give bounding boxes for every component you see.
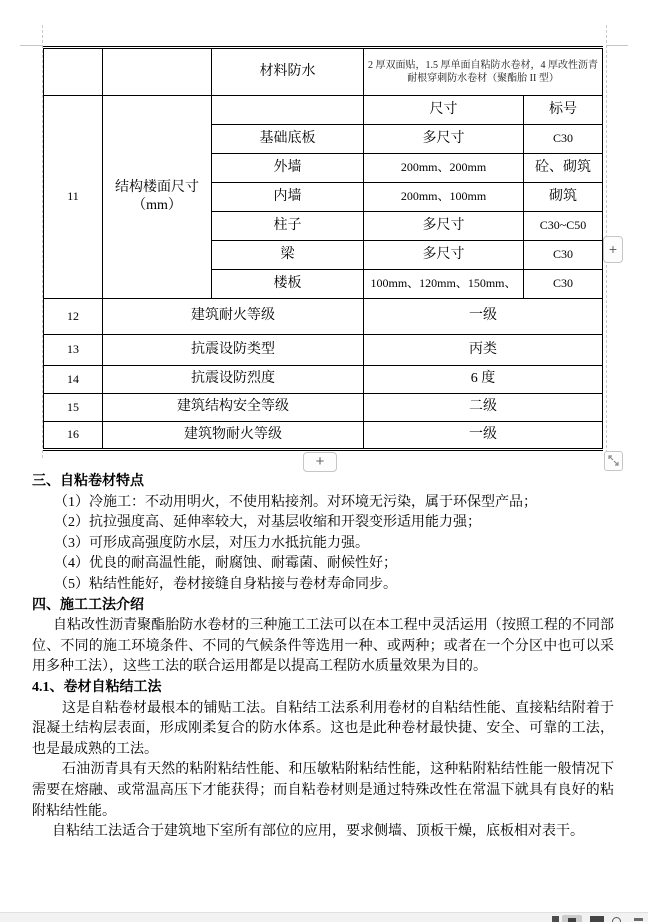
cell-grade: C30~C50 bbox=[524, 212, 603, 241]
group-label-line1: 结构楼面尺寸 bbox=[115, 180, 199, 195]
cell-item-value: 二级 bbox=[364, 394, 603, 422]
paragraph: 自粘结工法适合于建筑地下室所有部位的应用，要求侧墙、顶板干燥，底板相对表干。 bbox=[32, 822, 614, 843]
table-row: 12 建筑耐火等级 一级 bbox=[44, 299, 603, 335]
cell-item-label: 建筑耐火等级 bbox=[103, 299, 364, 335]
cell-item-value: 一级 bbox=[364, 299, 603, 335]
table-row: 16 建筑物耐火等级 一级 bbox=[44, 422, 603, 450]
cell-row-number: 16 bbox=[44, 422, 103, 450]
cell-empty bbox=[212, 96, 364, 125]
cell-item-label: 抗震设防烈度 bbox=[103, 366, 364, 394]
cell-size: 100mm、120mm、150mm、 bbox=[364, 270, 524, 299]
cell-item-label: 建筑物耐火等级 bbox=[103, 422, 364, 450]
paragraph: 这是自粘卷材最根本的铺贴工法。自粘结工法系利用卷材的自粘结性能、直接粘结附着于混… bbox=[32, 699, 614, 761]
cell-part: 内墙 bbox=[212, 183, 364, 212]
cell-material-value: 2 厚双面贴，1.5 厚单面自粘防水卷材，4 厚改性沥青耐根穿刺防水卷材（聚酯胎… bbox=[364, 48, 603, 96]
cell-row-number: 11 bbox=[44, 96, 103, 299]
cell-grade: 砌筑 bbox=[524, 183, 603, 212]
list-item: （1）冷施工：不动用明火，不使用粘接剂。对环境无污染，属于环保型产品； bbox=[32, 493, 614, 514]
table-row: 14 抗震设防烈度 6 度 bbox=[44, 366, 603, 394]
cell-item-value: 6 度 bbox=[364, 366, 603, 394]
cell-empty bbox=[103, 48, 212, 96]
paragraph: 自粘改性沥青聚酯胎防水卷材的三种施工工法可以在本工程中灵活运用（按照工程的不同部… bbox=[32, 616, 614, 678]
expand-diagonal-arrows-icon bbox=[605, 454, 622, 467]
expand-table-button[interactable] bbox=[604, 451, 623, 471]
cell-part: 基础底板 bbox=[212, 125, 364, 154]
group-label-line2: （mm） bbox=[132, 198, 182, 213]
cell-row-number: 12 bbox=[44, 299, 103, 335]
cell-part: 梁 bbox=[212, 241, 364, 270]
table-row: 13 抗震设防类型 丙类 bbox=[44, 335, 603, 366]
bookmark-icon[interactable] bbox=[552, 916, 559, 922]
margin-mark-top-left bbox=[20, 45, 42, 46]
cell-size: 200mm、200mm bbox=[364, 154, 524, 183]
document-body: 三、自粘卷材特点 （1）冷施工：不动用明火，不使用粘接剂。对环境无污染，属于环保… bbox=[32, 472, 614, 843]
print-layout-view-icon[interactable] bbox=[562, 915, 582, 922]
cell-grade: C30 bbox=[524, 241, 603, 270]
cell-grade: C30 bbox=[524, 125, 603, 154]
cell-item-value: 一级 bbox=[364, 422, 603, 450]
status-bar bbox=[0, 912, 648, 922]
cell-row-number: 13 bbox=[44, 335, 103, 366]
section-heading: 三、自粘卷材特点 bbox=[32, 472, 614, 493]
zoom-control-icon[interactable] bbox=[634, 918, 643, 921]
print-layout-glyph bbox=[568, 918, 576, 922]
table-row: 材料防水 2 厚双面贴，1.5 厚单面自粘防水卷材，4 厚改性沥青耐根穿刺防水卷… bbox=[44, 48, 603, 96]
list-item: （2）抗拉强度高、延伸率较大，对基层收缩和开裂变形适用能力强； bbox=[32, 513, 614, 534]
cell-size: 多尺寸 bbox=[364, 125, 524, 154]
margin-mark-top-right bbox=[606, 45, 628, 46]
table-row: 11 结构楼面尺寸 （mm） 尺寸 标号 bbox=[44, 96, 603, 125]
cell-size: 200mm、100mm bbox=[364, 183, 524, 212]
document-page: 材料防水 2 厚双面贴，1.5 厚单面自粘防水卷材，4 厚改性沥青耐根穿刺防水卷… bbox=[0, 0, 648, 922]
cell-size: 多尺寸 bbox=[364, 241, 524, 270]
cell-part: 外墙 bbox=[212, 154, 364, 183]
cell-group-label: 结构楼面尺寸 （mm） bbox=[103, 96, 212, 299]
cell-part: 楼板 bbox=[212, 270, 364, 299]
web-layout-view-icon[interactable] bbox=[590, 916, 604, 922]
cell-size: 多尺寸 bbox=[364, 212, 524, 241]
section-heading: 4.1、卷材自粘结工法 bbox=[32, 678, 614, 699]
cell-item-label: 抗震设防类型 bbox=[103, 335, 364, 366]
list-item: （3）可形成高强度防水层，对压力水抵抗能力强。 bbox=[32, 534, 614, 555]
list-item: （5）粘结性能好，卷材接缝自身粘接与卷材寿命同步。 bbox=[32, 575, 614, 596]
table-row: 15 建筑结构安全等级 二级 bbox=[44, 394, 603, 422]
paragraph: 石油沥青具有天然的粘附粘结性能、和压敏粘附粘结性能，这种粘附粘结性能一般情况下需… bbox=[32, 760, 614, 822]
section-heading: 四、施工工法介绍 bbox=[32, 596, 614, 617]
cell-header-size: 尺寸 bbox=[364, 96, 524, 125]
cell-grade: 砼、砌筑 bbox=[524, 154, 603, 183]
cell-empty bbox=[44, 48, 103, 96]
cell-item-value: 丙类 bbox=[364, 335, 603, 366]
cell-item-label: 建筑结构安全等级 bbox=[103, 394, 364, 422]
list-item: （4）优良的耐高温性能，耐腐蚀、耐霉菌、耐候性好； bbox=[32, 554, 614, 575]
cell-row-number: 14 bbox=[44, 366, 103, 394]
cell-header-grade: 标号 bbox=[524, 96, 603, 125]
cell-material-label: 材料防水 bbox=[212, 48, 364, 96]
spec-table: 材料防水 2 厚双面贴，1.5 厚单面自粘防水卷材，4 厚改性沥青耐根穿刺防水卷… bbox=[43, 46, 603, 451]
cell-row-number: 15 bbox=[44, 394, 103, 422]
cell-part: 柱子 bbox=[212, 212, 364, 241]
add-row-button[interactable]: + bbox=[303, 452, 337, 472]
add-column-button[interactable]: + bbox=[603, 236, 623, 263]
cell-grade: C30 bbox=[524, 270, 603, 299]
read-mode-view-icon[interactable] bbox=[612, 917, 621, 922]
